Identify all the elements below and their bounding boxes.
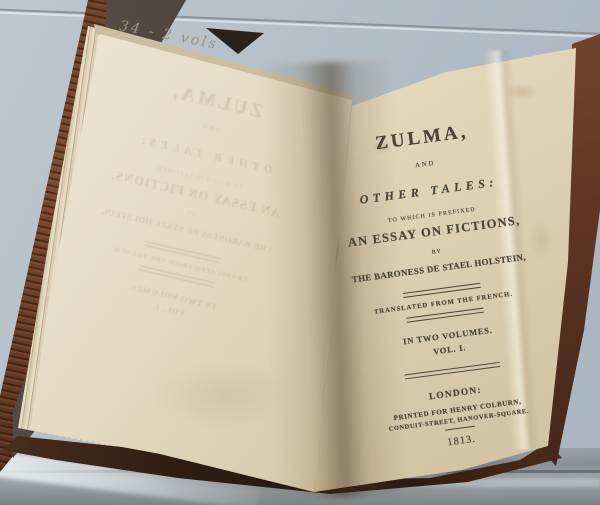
photo-vignette (0, 0, 600, 505)
book-display-photo: ZULMA, AND OTHER TALES: TO WHICH IS PREF… (0, 0, 600, 505)
